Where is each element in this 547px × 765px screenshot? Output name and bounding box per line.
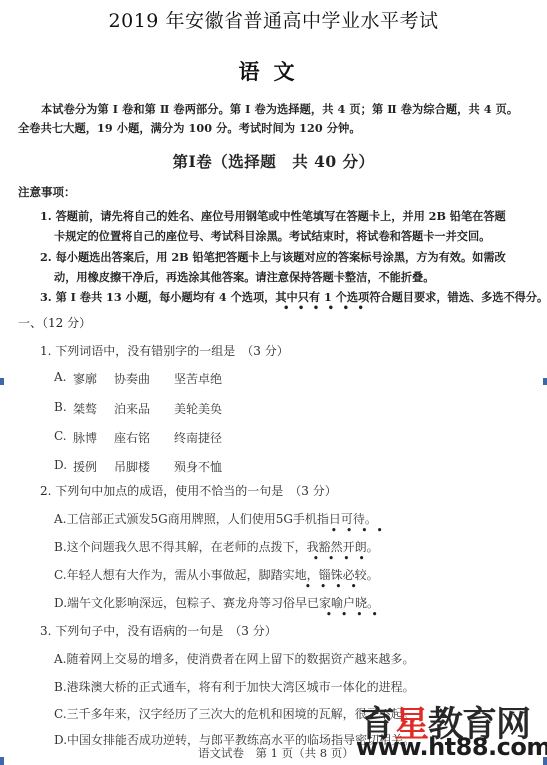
section-title: 第Ⅰ卷（选择题 共 40 分）	[0, 150, 547, 172]
q2-a-emphasis-dots: ••••	[331, 526, 392, 536]
intro-line-2: 全卷共七大题，19 小题，满分为 100 分。考试时间为 120 分钟。	[18, 120, 361, 136]
q1-b-word-1: 桀骜	[73, 400, 97, 417]
option-text: 年轻人想有大作为，需从小事做起，脚踏实地，锱铢必较。	[67, 568, 379, 582]
part-one-heading: 一、（12 分）	[18, 314, 91, 331]
q1-option-d: D.	[54, 458, 67, 472]
note-2-line-2: 动，用橡皮擦干净后，再选涂其他答案。请注意保持答题卡整洁，不能折叠。	[54, 269, 434, 285]
emphasis-dots: ••••••	[283, 303, 372, 314]
q1-a-word-3: 坚苦卓绝	[174, 370, 222, 387]
note-2-line-1: 2. 每小题选出答案后，用 2B 铅笔把答题卡上与该题对应的答案标号涂黑，方为有…	[40, 249, 506, 265]
option-text: 港珠澳大桥的正式通车，将有利于加快大湾区城市一体化的进程。	[67, 680, 415, 694]
q3-option-a: A.随着网上交易的增多，使消费者在网上留下的数据资产越来越多。	[54, 650, 415, 667]
q2-option-d: D.端午文化影响深远，包粽子、赛龙舟等习俗早已家喻户晓。	[54, 594, 379, 611]
scan-edge-mark-left	[0, 378, 4, 385]
q2-option-b: B.这个问题我久思不得其解，在老师的点拨下，我豁然开朗。	[54, 538, 379, 555]
question-3-stem: 3. 下列句子中，没有语病的一句是 （3 分）	[40, 622, 277, 639]
option-label: D.	[54, 596, 67, 610]
exam-title: 2019 年安徽省普通高中学业水平考试	[0, 6, 547, 33]
q2-option-a: A.工信部正式颁发5G商用牌照，人们使用5G手机指日可待。	[54, 510, 377, 527]
q1-d-word-2: 吊脚楼	[114, 458, 150, 475]
q1-c-word-1: 脉博	[73, 429, 97, 446]
q1-option-c: C.	[54, 429, 67, 443]
notes-heading: 注意事项：	[18, 184, 76, 200]
q2-d-emphasis-dots: ••••	[326, 610, 387, 620]
scan-edge-mark-bottom-left	[0, 757, 4, 765]
q2-b-emphasis-dots: ••••	[313, 554, 374, 564]
scan-edge-mark-bottom-right	[543, 757, 547, 765]
option-label: C.	[54, 707, 67, 721]
subject-title: 语文	[0, 56, 547, 86]
option-label: C.	[54, 568, 67, 582]
note-1-line-1: 1. 答题前，请先将自己的姓名、座位号用钢笔或中性笔填写在答题卡上，并用 2B …	[40, 208, 506, 224]
q3-option-b: B.港珠澳大桥的正式通车，将有利于加快大湾区城市一体化的进程。	[54, 678, 415, 695]
q1-option-b: B.	[54, 400, 67, 414]
question-2-stem: 2. 下列句中加点的成语，使用不恰当的一句是 （3 分）	[40, 482, 337, 499]
q1-a-word-2: 协奏曲	[114, 370, 150, 387]
watermark-url: www.ht88.com	[356, 733, 547, 761]
option-label: B.	[54, 680, 67, 694]
q1-d-word-3: 殒身不恤	[174, 458, 222, 475]
q1-b-word-2: 泊来品	[114, 400, 150, 417]
page-footer: 语文试卷 第 1 页（共 8 页）	[198, 745, 354, 761]
option-label: B.	[54, 540, 67, 554]
q1-c-word-2: 座右铭	[114, 429, 150, 446]
option-label: A.	[54, 652, 66, 666]
option-text: 工信部正式颁发5G商用牌照，人们使用5G手机指日可待。	[66, 512, 376, 526]
option-text: 随着网上交易的增多，使消费者在网上留下的数据资产越来越多。	[66, 652, 414, 666]
q1-d-word-1: 援例	[73, 458, 97, 475]
option-text: 这个问题我久思不得其解，在老师的点拨下，我豁然开朗。	[67, 540, 379, 554]
note-1-line-2: 卡规定的位置将自己的座位号、考试科目涂黑。考试结束时，将试卷和答题卡一并交回。	[54, 228, 490, 244]
q1-c-word-3: 终南捷径	[174, 429, 222, 446]
q1-b-word-3: 美轮美奂	[174, 400, 222, 417]
q2-option-c: C.年轻人想有大作为，需从小事做起，脚踏实地，锱铢必较。	[54, 566, 379, 583]
question-1-stem: 1. 下列词语中，没有错别字的一组是 （3 分）	[40, 342, 289, 359]
option-text: 端午文化影响深远，包粽子、赛龙舟等习俗早已家喻户晓。	[67, 596, 379, 610]
q1-a-word-1: 寥廓	[73, 370, 97, 387]
option-label: A.	[54, 512, 66, 526]
option-label: D.	[54, 733, 67, 747]
intro-line-1: 本试卷分为第 Ⅰ 卷和第 Ⅱ 卷两部分。第 Ⅰ 卷为选择题，共 4 页；第 Ⅱ …	[41, 101, 518, 117]
scan-edge-mark-right	[543, 378, 547, 385]
q2-c-emphasis-dots: ••••	[305, 582, 366, 592]
